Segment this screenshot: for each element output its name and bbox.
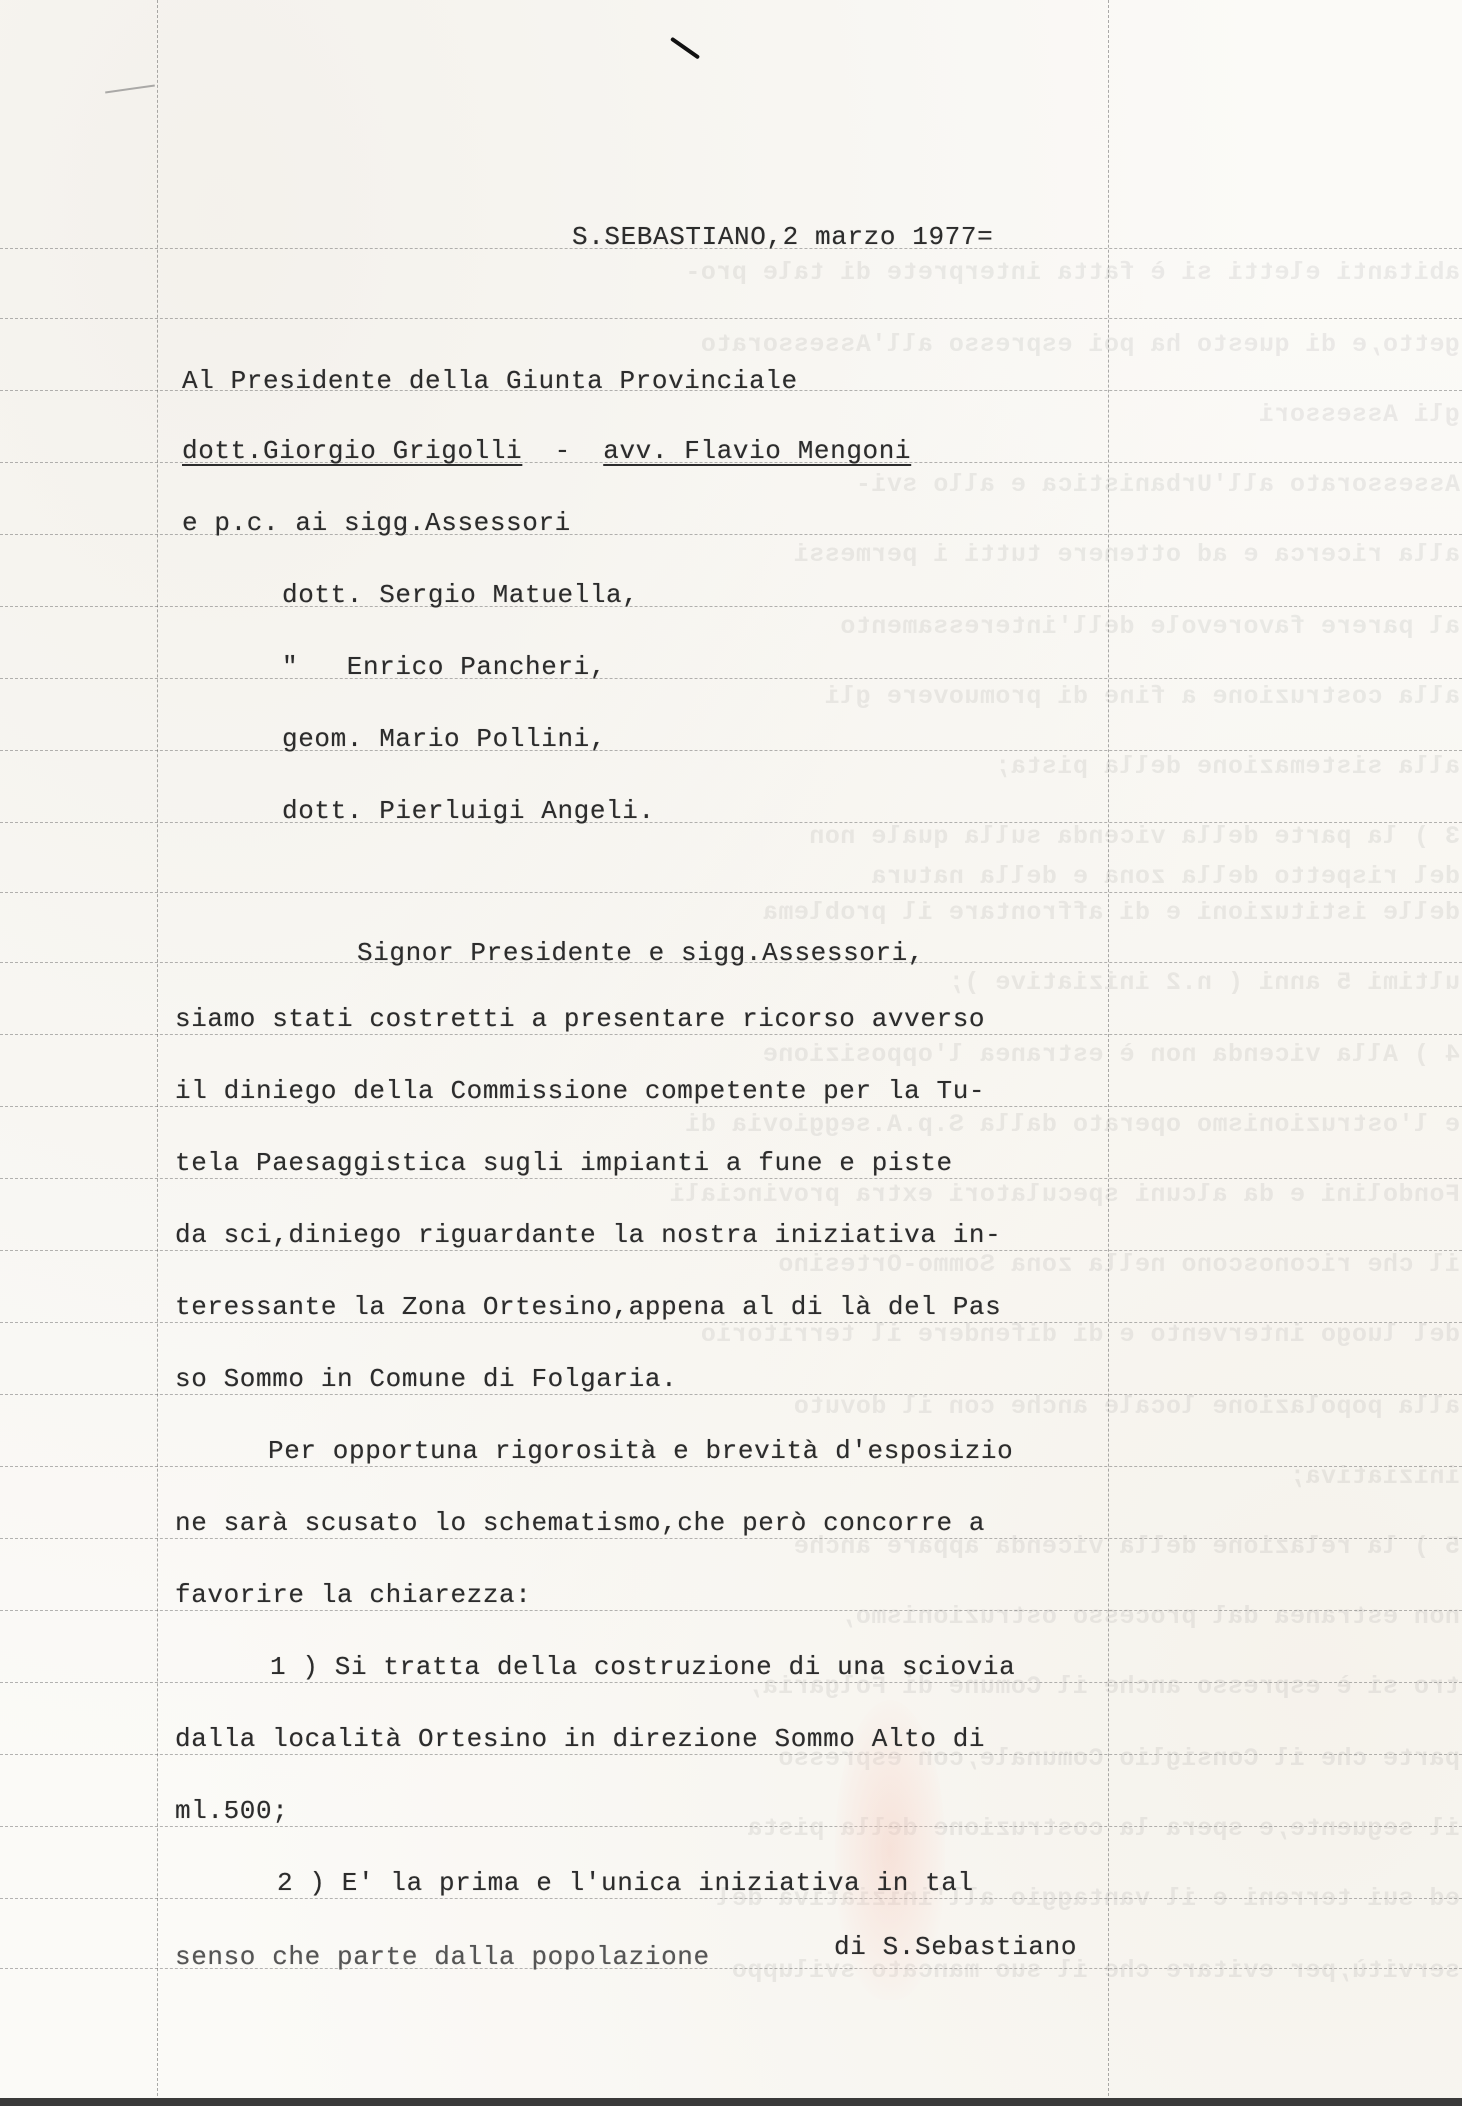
bleed-line: del rispetto della zona e della natura — [360, 862, 1460, 891]
bleed-line: il che riconoscono nella zona Sommo-Orte… — [360, 1250, 1460, 1279]
list-item-2: 2 ) E' la prima e l'unica iniziativa in … — [277, 1868, 974, 1898]
cc-intro: e p.c. ai sigg.Assessori — [182, 508, 571, 538]
ruled-line — [0, 1826, 1462, 1827]
body-line: di S.Sebastiano — [834, 1932, 1077, 1962]
ruled-line — [0, 1682, 1462, 1683]
name-separator: - — [555, 436, 571, 466]
bleed-line: Assessorato all'Urbanistica e allo svi- — [360, 470, 1460, 499]
bleed-line: Fondolini e da alcuni speculatori extra … — [360, 1180, 1460, 1209]
page-bottom-edge — [0, 2098, 1462, 2106]
bleed-line: getto,e di questo ha poi espresso all'As… — [360, 330, 1460, 359]
body-line: favorire la chiarezza: — [175, 1580, 531, 1610]
recipient-name-1: dott.Giorgio Grigolli — [182, 436, 522, 466]
bleed-line: alla popolazione locale anche con il dov… — [360, 1392, 1460, 1421]
assessore-line: geom. Mario Pollini, — [282, 724, 606, 754]
assessore-line: dott. Pierluigi Angeli. — [282, 796, 655, 826]
body-line: Per opportuna rigorosità e brevità d'esp… — [268, 1436, 1013, 1466]
ruled-line — [0, 1394, 1462, 1395]
ruled-line — [0, 750, 1462, 751]
body-line: dalla località Ortesino in direzione Som… — [175, 1724, 985, 1754]
body-line: so Sommo in Comune di Folgaria. — [175, 1364, 677, 1394]
body-line: ml.500; — [175, 1796, 288, 1826]
bleed-line: 3 ) la parte della vicenda sulla quale n… — [360, 822, 1460, 851]
ruled-line — [0, 1538, 1462, 1539]
body-line: senso che parte dalla popolazione — [175, 1942, 710, 1972]
ruled-line — [0, 1034, 1462, 1035]
left-margin-line — [157, 0, 158, 2096]
ruled-line — [0, 1250, 1462, 1251]
body-line: il diniego della Commissione competente … — [175, 1076, 985, 1106]
ruled-line — [0, 892, 1462, 893]
ruled-line — [0, 1106, 1462, 1107]
bleed-line: e l'ostruzionismo operato dalla S.p.A.se… — [360, 1110, 1460, 1139]
document-page: abitanti eletti si è fatta interprete di… — [0, 0, 1462, 2106]
body-line: teressante la Zona Ortesino,appena al di… — [175, 1292, 1001, 1322]
pencil-mark — [105, 85, 155, 94]
ruled-line — [0, 1322, 1462, 1323]
recipient-name-2: avv. Flavio Mengoni — [603, 436, 911, 466]
ruled-line — [0, 318, 1462, 319]
bleed-line: abitanti eletti si è fatta interprete di… — [360, 258, 1460, 287]
pen-mark — [670, 37, 700, 60]
bleed-line: delle istituzioni e di affrontare il pro… — [360, 898, 1460, 927]
bleed-line: del luogo intervento e di difendere il t… — [360, 1320, 1460, 1349]
ruled-line — [0, 1178, 1462, 1179]
ruled-line — [0, 1466, 1462, 1467]
bleed-line: alla sistemazione della pista; — [360, 752, 1460, 781]
ruled-line — [0, 1898, 1462, 1899]
bleed-line: al parere favorevole dell'interessamento — [360, 612, 1460, 641]
list-item-1: 1 ) Si tratta della costruzione di una s… — [270, 1652, 1015, 1682]
place-date: S.SEBASTIANO,2 marzo 1977= — [572, 222, 993, 252]
ruled-line — [0, 1754, 1462, 1755]
bleed-line: ultimi 5 anni ( n.2 iniziative ); — [360, 968, 1460, 997]
ruled-line — [0, 678, 1462, 679]
bleed-line: 4 ) Alla vicenda non è estranea l'opposi… — [360, 1040, 1460, 1069]
assessore-line: " Enrico Pancheri, — [282, 652, 606, 682]
body-line: tela Paesaggistica sugli impianti a fune… — [175, 1148, 953, 1178]
salutation: Signor Presidente e sigg.Assessori, — [357, 938, 924, 968]
body-line: ne sarà scusato lo schematismo,che però … — [175, 1508, 985, 1538]
recipient-title: Al Presidente della Giunta Provinciale — [182, 366, 798, 396]
right-margin-line — [1108, 0, 1109, 2096]
ruled-line — [0, 1610, 1462, 1611]
body-line: da sci,diniego riguardante la nostra ini… — [175, 1220, 1001, 1250]
bleed-line: alla ricerca e ad ottenere tutti i perme… — [360, 540, 1460, 569]
bleed-line: gli Assessori — [360, 400, 1460, 429]
ruled-line — [0, 606, 1462, 607]
recipient-names: dott.Giorgio Grigolli - avv. Flavio Meng… — [182, 436, 911, 466]
bleed-line: alla costruzione a fine di promuovere gl… — [360, 682, 1460, 711]
body-line: siamo stati costretti a presentare ricor… — [175, 1004, 985, 1034]
assessore-line: dott. Sergio Matuella, — [282, 580, 638, 610]
ruled-line — [0, 822, 1462, 823]
